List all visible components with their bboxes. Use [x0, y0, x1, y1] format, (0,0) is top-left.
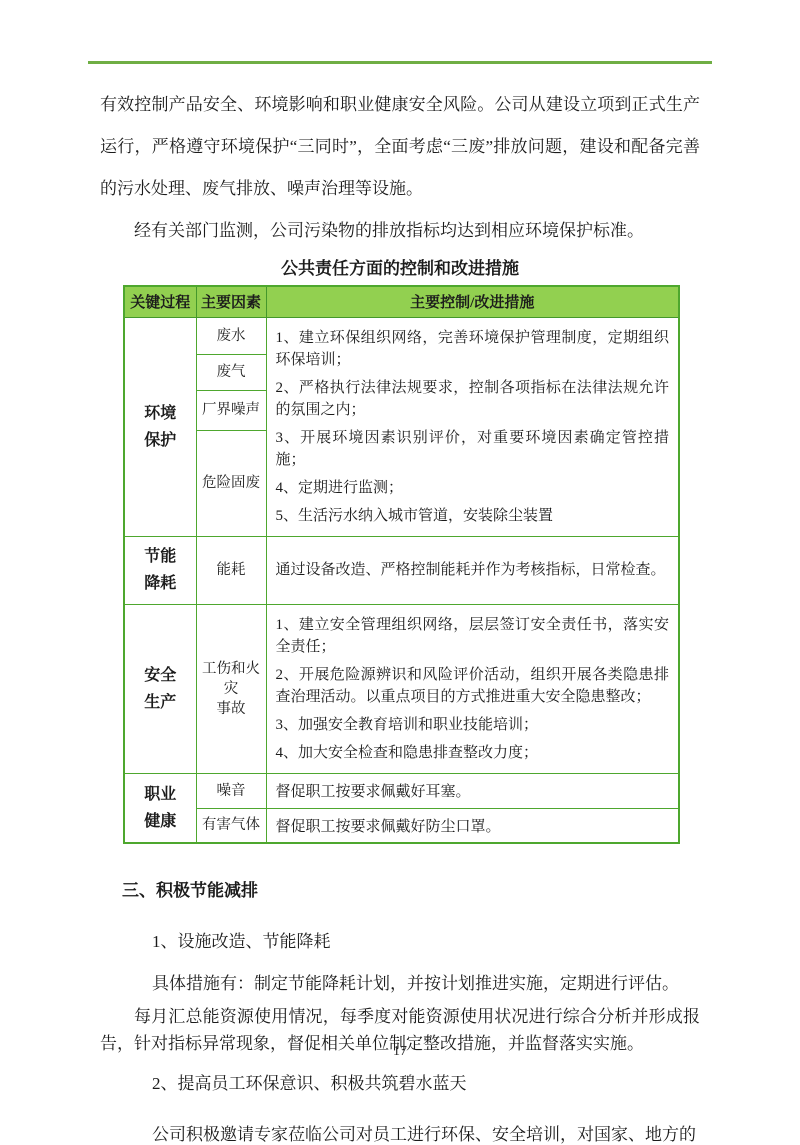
responsibility-table: 关键过程 主要因素 主要控制/改进措施 环境 保护 废水 1、建立环保组织网络，… [123, 285, 680, 844]
table-row: 安全 生产 工伤和火灾 事故 1、建立安全管理组织网络，层层签订安全责任书，落实… [124, 604, 679, 773]
sub-item: 1、设施改造、节能降耗 [100, 927, 700, 952]
body-paragraph: 有效控制产品安全、环境影响和职业健康安全风险。公司从建设立项到正式生产运行，严格… [100, 84, 700, 210]
measures-cell: 1、建立安全管理组织网络，层层签订安全责任书，落实安全责任； 2、开展危险源辨识… [266, 604, 679, 773]
factor-cell: 噪音 [196, 773, 266, 808]
factor-cell: 有害气体 [196, 808, 266, 843]
body-paragraph: 具体措施有：制定节能降耗计划，并按计划推进实施，定期进行评估。 [100, 969, 700, 994]
table-row: 职业 健康 噪音 督促职工按要求佩戴好耳塞。 [124, 773, 679, 808]
factor-cell: 工伤和火灾 事故 [196, 604, 266, 773]
process-line: 降耗 [125, 570, 196, 597]
table-title: 公共责任方面的控制和改进措施 [100, 254, 700, 279]
factor-cell: 危险固废 [196, 430, 266, 536]
measure-item: 2、严格执行法律法规要求，控制各项指标在法律法规允许的氛围之内； [276, 377, 670, 421]
table-row: 节能 降耗 能耗 通过设备改造、严格控制能耗并作为考核指标，日常检查。 [124, 536, 679, 604]
process-cell-safety: 安全 生产 [124, 604, 196, 773]
factor-cell: 废气 [196, 354, 266, 390]
measures-cell: 1、建立环保组织网络，完善环境保护管理制度，定期组织环保培训； 2、严格执行法律… [266, 317, 679, 536]
process-cell-environment: 环境 保护 [124, 317, 196, 536]
measure-item: 3、加强安全教育培训和职业技能培训； [276, 714, 670, 736]
measure-item: 通过设备改造、严格控制能耗并作为考核指标，日常检查。 [276, 559, 670, 581]
section-heading: 三、积极节能减排 [122, 876, 700, 901]
header-cell-main-factor: 主要因素 [196, 286, 266, 317]
factor-line: 事故 [200, 699, 263, 719]
table-header-row: 关键过程 主要因素 主要控制/改进措施 [124, 286, 679, 317]
measures-cell: 督促职工按要求佩戴好防尘口罩。 [266, 808, 679, 843]
process-line: 生产 [125, 689, 196, 716]
measure-item: 5、生活污水纳入城市管道，安装除尘装置 [276, 505, 670, 527]
body-paragraph: 经有关部门监测，公司污染物的排放指标均达到相应环境保护标准。 [100, 210, 700, 252]
header-cell-measures: 主要控制/改进措施 [266, 286, 679, 317]
measure-item: 4、定期进行监测； [276, 477, 670, 499]
factor-cell: 能耗 [196, 536, 266, 604]
table-row: 环境 保护 废水 1、建立环保组织网络，完善环境保护管理制度，定期组织环保培训；… [124, 317, 679, 354]
document-page: { "document": { "paragraph_1": "有效控制产品安全… [0, 0, 800, 1131]
header-divider-line [88, 61, 712, 64]
body-paragraph: 公司积极邀请专家莅临公司对员工进行环保、安全培训，对国家、地方的 [100, 1120, 700, 1145]
process-line: 安全 [125, 662, 196, 689]
measure-item: 2、开展危险源辨识和风险评价活动，组织开展各类隐患排查治理活动。以重点项目的方式… [276, 664, 670, 708]
measures-cell: 通过设备改造、严格控制能耗并作为考核指标，日常检查。 [266, 536, 679, 604]
measure-item: 3、开展环境因素识别评价，对重要环境因素确定管控措施； [276, 427, 670, 471]
page-number: 17 [0, 1044, 800, 1060]
process-line: 节能 [125, 543, 196, 570]
table-row: 有害气体 督促职工按要求佩戴好防尘口罩。 [124, 808, 679, 843]
measure-item: 1、建立安全管理组织网络，层层签订安全责任书，落实安全责任； [276, 614, 670, 658]
factor-line: 工伤和火灾 [200, 659, 263, 699]
process-cell-energy: 节能 降耗 [124, 536, 196, 604]
process-cell-health: 职业 健康 [124, 773, 196, 843]
sub-item: 2、提高员工环保意识、积极共筑碧水蓝天 [100, 1069, 700, 1094]
process-line: 环境 [125, 400, 196, 427]
measure-item: 4、加大安全检查和隐患排查整改力度； [276, 742, 670, 764]
measure-item: 1、建立环保组织网络，完善环境保护管理制度，定期组织环保培训； [276, 327, 670, 371]
header-cell-key-process: 关键过程 [124, 286, 196, 317]
process-line: 职业 [125, 781, 196, 808]
process-line: 保护 [125, 427, 196, 454]
process-line: 健康 [125, 808, 196, 835]
page-content: 有效控制产品安全、环境影响和职业健康安全风险。公司从建设立项到正式生产运行，严格… [100, 84, 700, 1145]
measures-cell: 督促职工按要求佩戴好耳塞。 [266, 773, 679, 808]
factor-cell: 废水 [196, 317, 266, 354]
factor-cell: 厂界噪声 [196, 390, 266, 430]
